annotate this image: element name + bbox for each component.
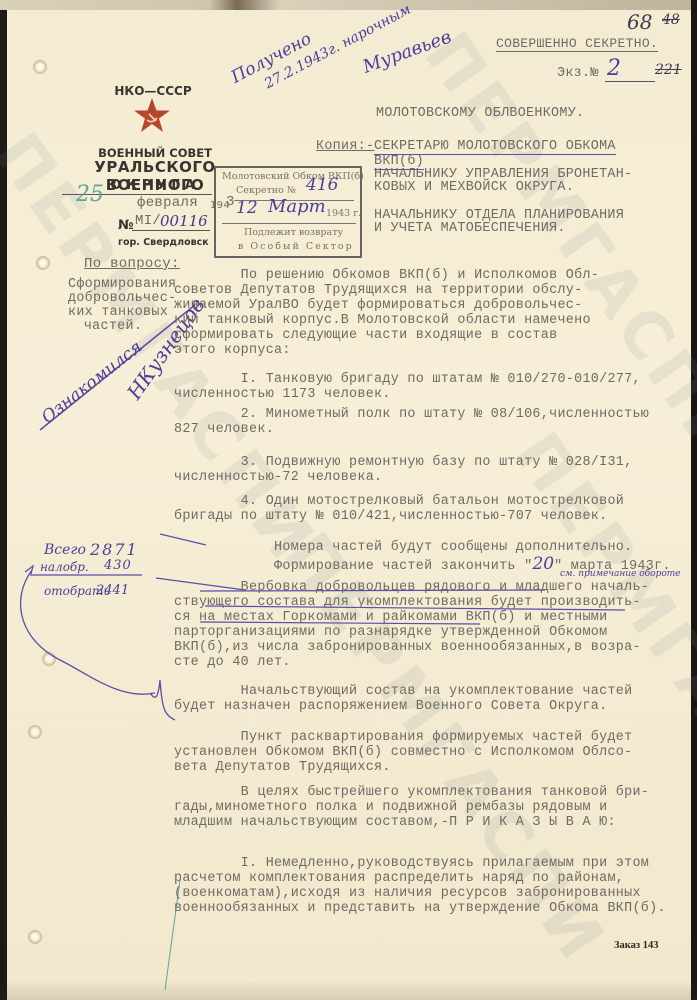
- recruitment-paragraph: Вербовка добровольцев рядового и младшег…: [174, 580, 649, 670]
- available-value: 430: [104, 558, 132, 573]
- text-line: I. Немедленно,руководствуясь прилагаемым…: [174, 856, 666, 871]
- body-intro: По решению Обкомов ВКП(б) и Исполкомов О…: [174, 268, 599, 358]
- text-line: парторганизациями по разнарядке утвержде…: [174, 625, 649, 640]
- text-line: В целях быстрейшего укомплектования танк…: [174, 785, 649, 800]
- text-line: численностью-72 человека.: [174, 470, 632, 485]
- text-line: численностью 1173 человек.: [174, 387, 641, 402]
- total-label: Всего: [44, 542, 86, 558]
- text-line: Пункт расквартирования формируемых часте…: [174, 730, 632, 745]
- text-line: гады,минометного полка и подвижной ремба…: [174, 800, 649, 815]
- item-mortar-regiment: 2. Минометный полк по штату № 08/106,чис…: [174, 407, 649, 437]
- command-staff-paragraph: Начальствующий состав на укомплектование…: [174, 684, 632, 714]
- text-line: этого корпуса:: [174, 343, 599, 358]
- text-line: вета Депутатов Трудящихся.: [174, 760, 632, 775]
- text-line: младшим начальствующим составом,-П Р И К…: [174, 815, 649, 830]
- deadline-day-handwritten: 20: [532, 554, 554, 574]
- text-line: I. Танковую бригаду по штатам № 010/270-…: [174, 372, 641, 387]
- select-value: 2441: [96, 583, 129, 598]
- text-line: расчетом комплектования распределить нар…: [174, 871, 666, 886]
- text-line: сформировать следующие части входящие в …: [174, 328, 599, 343]
- text-line: бригады по штату № 010/421,численностью-…: [174, 509, 624, 524]
- available-label: налобр.: [40, 560, 89, 574]
- item-tank-brigade: I. Танковую бригаду по штатам № 010/270-…: [174, 372, 641, 402]
- numbers-note: Номера частей будут сообщены дополнитель…: [174, 540, 632, 555]
- deadline-footnote: см. примечание обороте: [560, 569, 681, 579]
- text-line: ся на местах Горкомами и райкомами ВКП(б…: [174, 610, 649, 625]
- text-line: Начальствующий состав на укомплектование…: [174, 684, 632, 699]
- location-paragraph: Пункт расквартирования формируемых часте…: [174, 730, 632, 775]
- text-line: кий танковый корпус.В Молотовской област…: [174, 313, 599, 328]
- text-line: 3. Подвижную ремонтную базу по штату № 0…: [174, 455, 632, 470]
- text-line: 4. Один мотострелковый батальон мотостре…: [174, 494, 624, 509]
- text-line: 2. Минометный полк по штату № 08/106,чис…: [174, 407, 649, 422]
- text-line: ВКП(б),из числа забронированных военнооб…: [174, 640, 649, 655]
- text-line: 827 человек.: [174, 422, 649, 437]
- text-line: военнообязанных и представить на утвержд…: [174, 901, 666, 916]
- text-line: будет назначен распоряжением Военного Со…: [174, 699, 632, 714]
- text-line: советов Депутатов Трудящихся на территор…: [174, 283, 599, 298]
- text-line: ствующего состава для укомплектования бу…: [174, 595, 649, 610]
- text-line: Вербовка добровольцев рядового и младшег…: [174, 580, 649, 595]
- page-bottom-shadow: [0, 980, 697, 1000]
- order-point-1: I. Немедленно,руководствуясь прилагаемым…: [174, 856, 666, 916]
- item-motor-rifle-battalion: 4. Один мотострелковый батальон мотостре…: [174, 494, 624, 524]
- item-repair-base: 3. Подвижную ремонтную базу по штату № 0…: [174, 455, 632, 485]
- text-line: живаемой УралВО будет формироваться добр…: [174, 298, 599, 313]
- deadline-prefix: Формирование частей закончить ": [174, 559, 532, 574]
- print-order-number: Заказ 143: [614, 940, 659, 951]
- text-line: сте до 40 лет.: [174, 655, 649, 670]
- text-line: (военкоматам),исходя из наличия ресурсов…: [174, 886, 666, 901]
- total-value: 2871: [90, 540, 139, 559]
- text-line: установлен Обкомом ВКП(б) совместно с Ис…: [174, 745, 632, 760]
- order-paragraph: В целях быстрейшего укомплектования танк…: [174, 785, 649, 830]
- text-line: По решению Обкомов ВКП(б) и Исполкомов О…: [174, 268, 599, 283]
